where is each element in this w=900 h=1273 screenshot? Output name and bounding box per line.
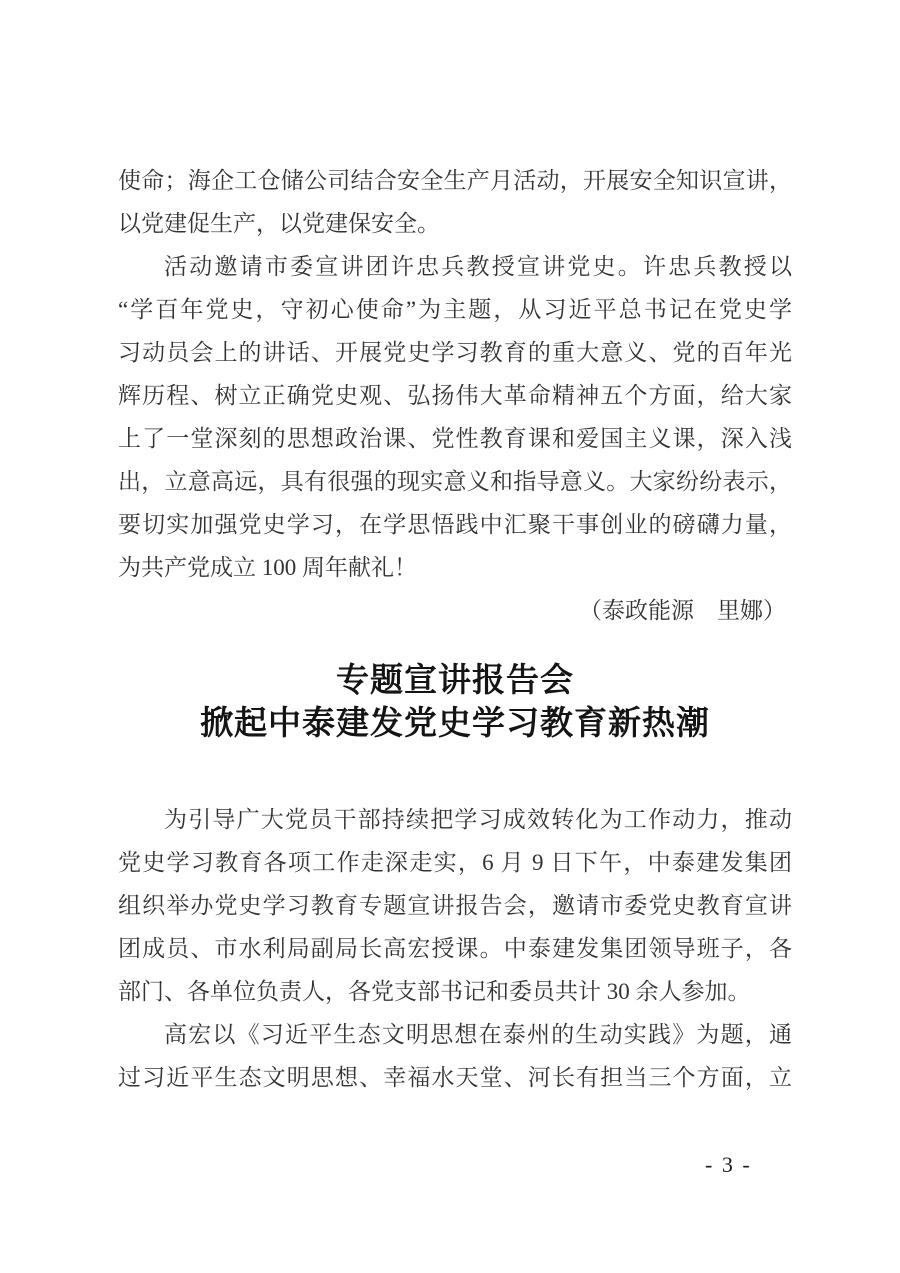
text-line: 党史学习教育各项工作走深走实，6 月 9 日下午，中泰建发集团 (118, 841, 792, 884)
paragraph-4: 高宏以《习近平生态文明思想在泰州的生动实践》为题，通 过习近平生态文明思想、幸福… (118, 1013, 792, 1099)
text-line: 辉历程、树立正确党史观、弘扬伟大革命精神五个方面，给大家 (118, 374, 792, 417)
text-line: 为引导广大党员干部持续把学习成效转化为工作动力，推动 (118, 798, 792, 841)
text-line: 以党建促生产，以党建保安全。 (118, 202, 792, 245)
article-title: 专题宣讲报告会 掀起中泰建发党史学习教育新热潮 (118, 660, 792, 746)
text-line: 为共产党成立 100 周年献礼！ (118, 546, 792, 589)
article-title-line-1: 专题宣讲报告会 (118, 660, 792, 703)
page-number: - 3 - (705, 1150, 795, 1180)
text-line: 过习近平生态文明思想、幸福水天堂、河长有担当三个方面，立 (118, 1056, 792, 1099)
paragraph-1: 使命；海企工仓储公司结合安全生产月活动，开展安全知识宣讲， 以党建促生产，以党建… (118, 159, 792, 245)
text-line: 要切实加强党史学习，在学思悟践中汇聚干事创业的磅礴力量， (118, 503, 792, 546)
text-line: 上了一堂深刻的思想政治课、党性教育课和爱国主义课，深入浅 (118, 417, 792, 460)
document-page: 使命；海企工仓储公司结合安全生产月活动，开展安全知识宣讲， 以党建促生产，以党建… (0, 0, 900, 1273)
paragraph-2: 活动邀请市委宣讲团许忠兵教授宣讲党史。许忠兵教授以 “学百年党史，守初心使命”为… (118, 245, 792, 589)
text-line: 部门、各单位负责人，各党支部书记和委员共计 30 余人参加。 (118, 970, 792, 1013)
document-content: 使命；海企工仓储公司结合安全生产月活动，开展安全知识宣讲， 以党建促生产，以党建… (118, 159, 792, 1099)
paragraph-3: 为引导广大党员干部持续把学习成效转化为工作动力，推动 党史学习教育各项工作走深走… (118, 798, 792, 1013)
article-title-line-2: 掀起中泰建发党史学习教育新热潮 (118, 703, 792, 746)
text-line: 使命；海企工仓储公司结合安全生产月活动，开展安全知识宣讲， (118, 159, 792, 202)
attribution-line: （泰政能源 里娜） (118, 589, 792, 632)
text-line: 团成员、市水利局副局长高宏授课。中泰建发集团领导班子，各 (118, 927, 792, 970)
text-line: 组织举办党史学习教育专题宣讲报告会，邀请市委党史教育宣讲 (118, 884, 792, 927)
text-line: 习动员会上的讲话、开展党史学习教育的重大意义、党的百年光 (118, 331, 792, 374)
text-line: 高宏以《习近平生态文明思想在泰州的生动实践》为题，通 (118, 1013, 792, 1056)
text-line: 活动邀请市委宣讲团许忠兵教授宣讲党史。许忠兵教授以 (118, 245, 792, 288)
text-line: 出，立意高远，具有很强的现实意义和指导意义。大家纷纷表示， (118, 460, 792, 503)
text-line: “学百年党史，守初心使命”为主题，从习近平总书记在党史学 (118, 288, 792, 331)
